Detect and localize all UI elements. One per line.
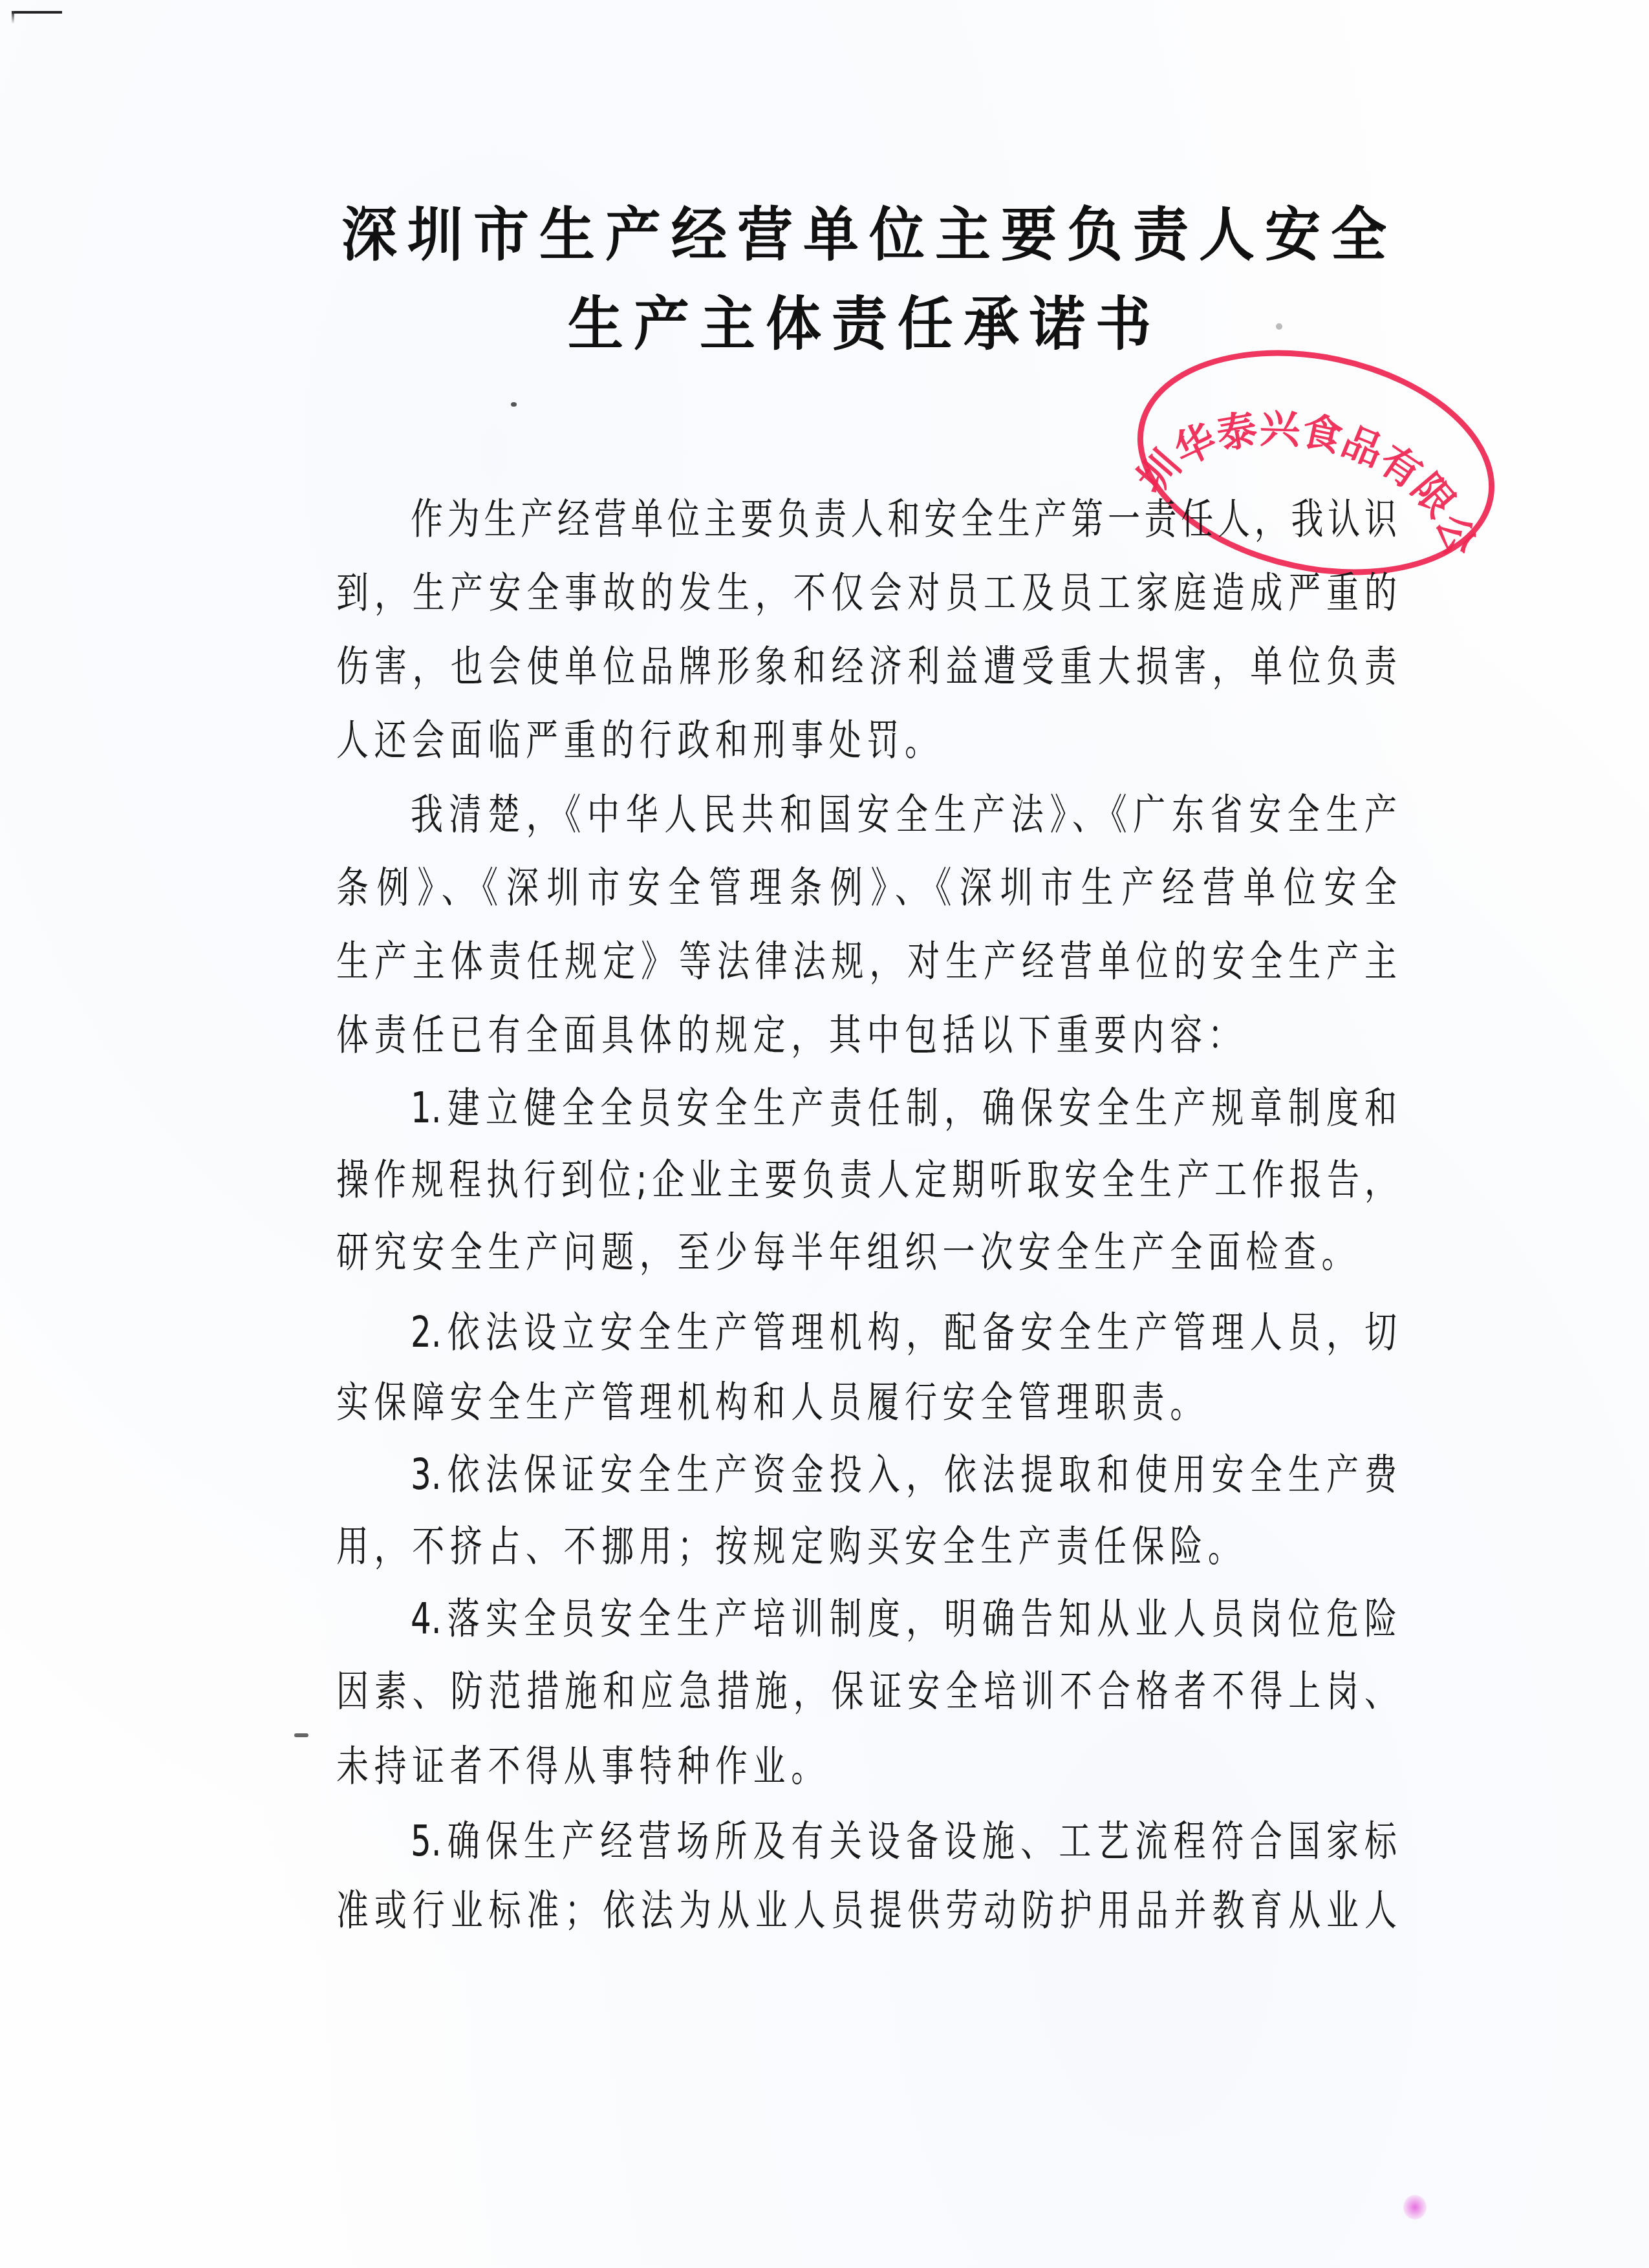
item-3-line-2: 用，不挤占、不挪用；按规定购买安全生产责任保险。 bbox=[336, 1526, 1397, 1568]
paragraph-1-line-2: 到，生产安全事故的发生，不仅会对员工及员工家庭造成严重的 bbox=[336, 572, 1397, 614]
company-seal-stamp: 深圳华泰兴食品有限公司 bbox=[1116, 319, 1515, 606]
paragraph-2-line-4: 体责任已有全面具体的规定，其中包括以下重要内容： bbox=[336, 1014, 1397, 1056]
item-1-line-3: 研究安全生产问题，至少每半年组织一次安全生产全面检查。 bbox=[336, 1232, 1397, 1274]
paragraph-2-line-3: 生产主体责任规定》等法律法规，对生产经营单位的安全生产主 bbox=[336, 941, 1397, 983]
scan-speck bbox=[1276, 323, 1282, 330]
document-title-line-2: 生产主体责任承诺书 bbox=[568, 295, 1161, 353]
item-5-line-1: 5.确保生产经营场所及有关设备设施、工艺流程符合国家标 bbox=[411, 1821, 1397, 1863]
item-1-line-2: 操作规程执行到位;企业主要负责人定期听取安全生产工作报告， bbox=[336, 1159, 1397, 1201]
paragraph-1-line-4: 人还会面临严重的行政和刑事处罚。 bbox=[336, 720, 1397, 762]
item-4-line-3: 未持证者不得从事特种作业。 bbox=[336, 1746, 1397, 1788]
item-2-line-2: 实保障安全生产管理机构和人员履行安全管理职责。 bbox=[336, 1382, 1397, 1424]
scan-corner-mark bbox=[12, 11, 62, 14]
item-2-line-1: 2.依法设立安全生产管理机构，配备安全生产管理人员，切 bbox=[411, 1312, 1397, 1354]
item-5-line-2: 准或行业标准；依法为从业人员提供劳动防护用品并教育从业人 bbox=[336, 1890, 1397, 1932]
ink-smudge bbox=[1403, 2195, 1427, 2220]
seal-text-arc: 深圳华泰兴食品有限公司 bbox=[1116, 319, 1515, 606]
paragraph-2-line-2: 条例》、《深圳市安全管理条例》、《深圳市生产经营单位安全 bbox=[336, 867, 1397, 909]
item-3-line-1: 3.依法保证安全生产资金投入，依法提取和使用安全生产费 bbox=[411, 1454, 1397, 1496]
paragraph-2-line-1: 我清楚，《中华人民共和国安全生产法》、《广东省安全生产 bbox=[411, 794, 1397, 836]
item-1-line-1: 1.建立健全全员安全生产责任制，确保安全生产规章制度和 bbox=[411, 1087, 1397, 1129]
scan-speck bbox=[294, 1733, 308, 1737]
scanned-page: 深圳市生产经营单位主要负责人安全 生产主体责任承诺书 深圳华泰兴食品有限公司 作… bbox=[0, 0, 1649, 2268]
paragraph-1-line-3: 伤害，也会使单位品牌形象和经济利益遭受重大损害，单位负责 bbox=[336, 646, 1397, 688]
scan-speck bbox=[511, 402, 517, 407]
paragraph-1-line-1: 作为生产经营单位主要负责人和安全生产第一责任人，我认识 bbox=[411, 498, 1397, 540]
item-4-line-2: 因素、防范措施和应急措施，保证安全培训不合格者不得上岗、 bbox=[336, 1671, 1397, 1713]
document-title-line-1: 深圳市生产经营单位主要负责人安全 bbox=[341, 206, 1397, 264]
item-4-line-1: 4.落实全员安全生产培训制度，明确告知从业人员岗位危险 bbox=[411, 1598, 1397, 1640]
